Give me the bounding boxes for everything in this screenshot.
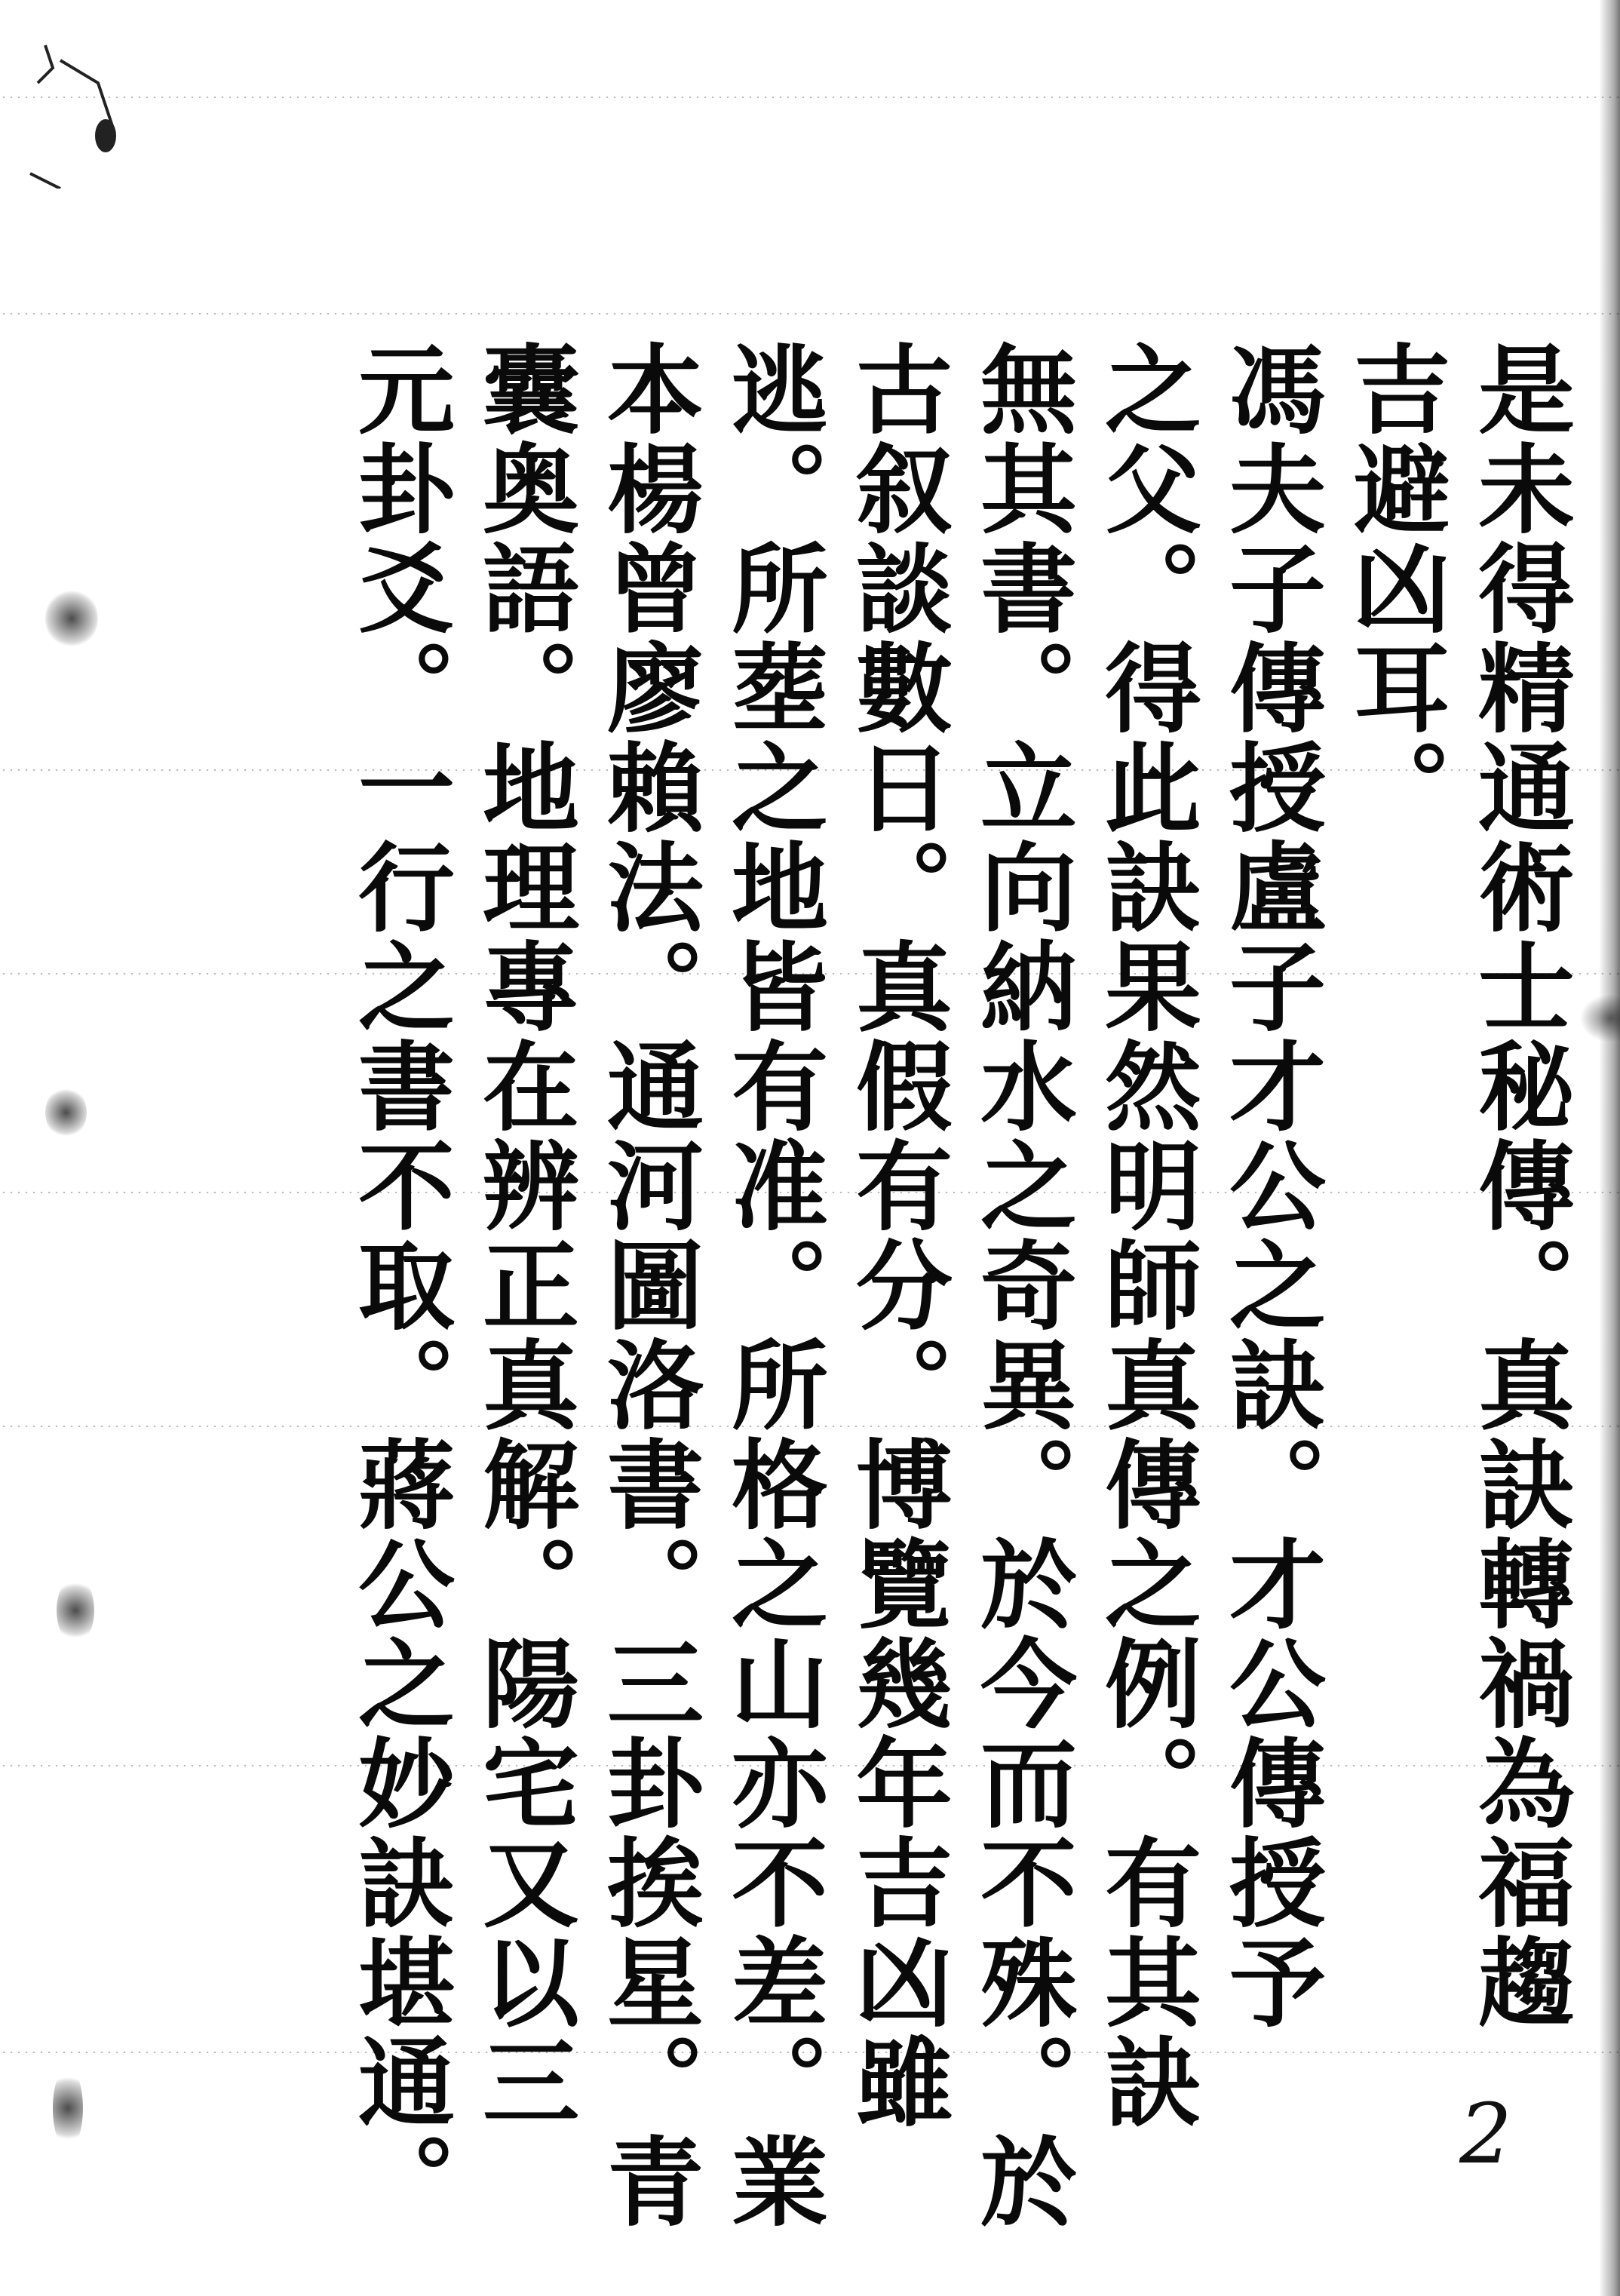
ink-smudge: [57, 1576, 94, 1644]
scan-dotted-rule: [0, 97, 1620, 98]
text-column-2: 吉避凶耳。: [1333, 339, 1454, 2165]
ink-smudge: [53, 2067, 83, 2150]
ink-smudge: [45, 588, 98, 649]
binding-smudge-icon: [15, 38, 136, 189]
text-column-9: 囊奥語。地理專在辨正真解。陽宅又以三: [462, 339, 583, 2165]
scan-dotted-rule: [0, 313, 1620, 315]
text-column-4: 之父。得此訣果然明師真傳之例。有其訣: [1085, 339, 1205, 2165]
page-number: 2: [1459, 2086, 1512, 2182]
text-column-7: 逃。所塟之地皆有准。所格之山亦不差。業: [711, 339, 832, 2165]
text-column-3: 馮夫子傳授盧子才公之訣。才公傳授予: [1209, 339, 1330, 2165]
text-column-10: 元卦爻。一行之書不取。蔣公之妙訣堪通。: [338, 339, 459, 2165]
ink-smudge: [45, 1086, 87, 1139]
manuscript-text: 是未得精通術士秘傳。真訣轉禍為福趨 吉避凶耳。 馮夫子傳授盧子才公之訣。才公傳授…: [334, 339, 1579, 2165]
text-column-8: 本楊曾廖賴法。通河圖洛書。三卦挨星。青: [587, 339, 707, 2165]
text-column-1: 是未得精通術士秘傳。真訣轉禍為福趨: [1458, 339, 1579, 2165]
text-column-5: 無其書。立向納水之奇異。於今而不殊。於: [960, 339, 1081, 2165]
text-column-6: 古叙談數日。真假有分。博覽幾年吉凶雖: [836, 339, 956, 2165]
